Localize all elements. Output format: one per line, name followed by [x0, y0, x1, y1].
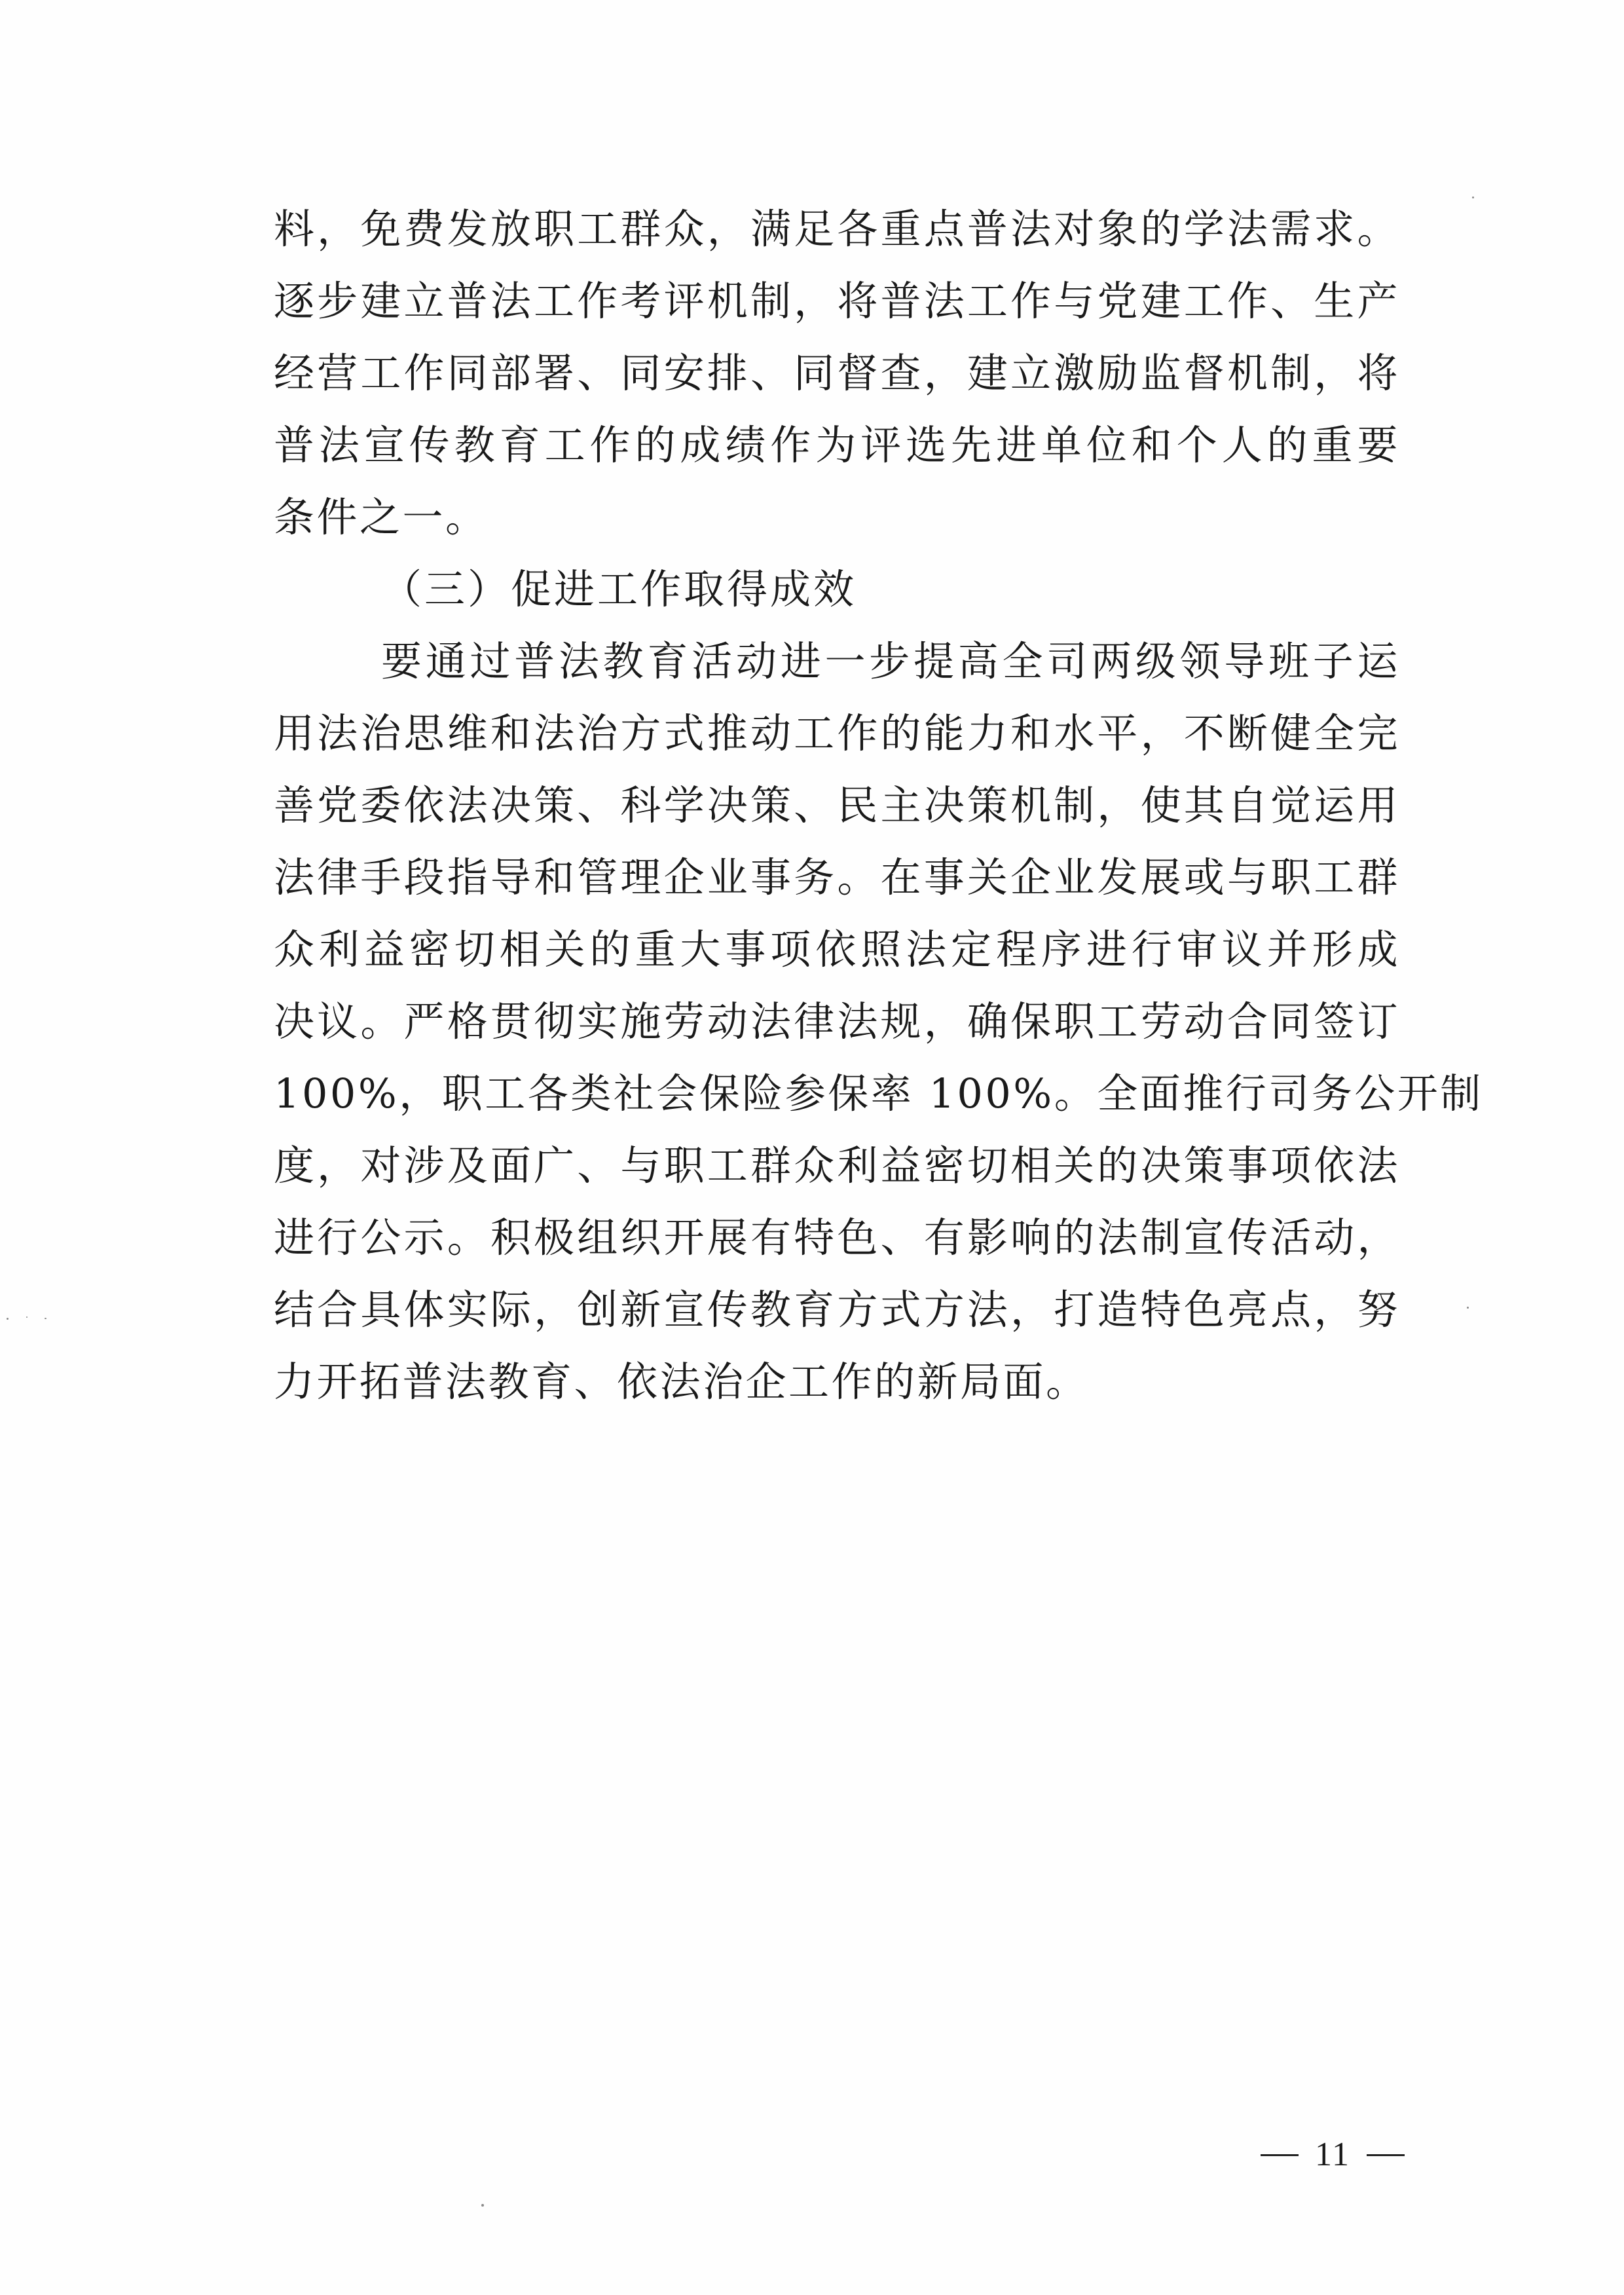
scan-speck — [1467, 1307, 1469, 1309]
paragraph-line: 条件之一。 — [274, 481, 1400, 553]
paragraph-line: 善党委依法决策、科学决策、民主决策机制，使其自觉运用 — [274, 770, 1400, 842]
section-heading: （三）促进工作取得成效 — [274, 553, 1400, 625]
scan-speck — [45, 1318, 46, 1319]
paragraph-line: 逐步建立普法工作考评机制，将普法工作与党建工作、生产 — [274, 265, 1400, 337]
paragraph-line: 力开拓普法教育、依法治企工作的新局面。 — [274, 1346, 1400, 1418]
page-number: 11 — [1261, 2132, 1405, 2178]
scan-speck — [1472, 196, 1474, 198]
paragraph-line: 100%，职工各类社会保险参保率 100%。全面推行司务公开制 — [274, 1058, 1400, 1130]
paragraph-line: 经营工作同部署、同安排、同督查，建立激励监督机制，将 — [274, 337, 1400, 409]
scan-speck — [7, 1318, 9, 1320]
dash-right — [1367, 2154, 1405, 2156]
scan-speck — [26, 1316, 28, 1318]
paragraph-line: 进行公示。积极组织开展有特色、有影响的法制宣传活动， — [274, 1202, 1400, 1274]
paragraph-line: 普法宣传教育工作的成绩作为评选先进单位和个人的重要 — [274, 409, 1400, 481]
page-number-value: 11 — [1315, 2132, 1350, 2178]
dash-left — [1261, 2154, 1299, 2156]
paragraph-line: 决议。严格贯彻实施劳动法律法规，确保职工劳动合同签订 — [274, 986, 1400, 1058]
paragraph-line: 用法治思维和法治方式推动工作的能力和水平，不断健全完 — [274, 698, 1400, 770]
paragraph-line: 众利益密切相关的重大事项依照法定程序进行审议并形成 — [274, 914, 1400, 986]
paragraph-line: 要通过普法教育活动进一步提高全司两级领导班子运 — [274, 625, 1400, 698]
scan-speck — [481, 2204, 484, 2207]
paragraph-line: 度，对涉及面广、与职工群众利益密切相关的决策事项依法 — [274, 1130, 1400, 1202]
paragraph-line: 法律手段指导和管理企业事务。在事关企业发展或与职工群 — [274, 842, 1400, 914]
paragraph-line: 料，免费发放职工群众，满足各重点普法对象的学法需求。 — [274, 193, 1400, 265]
paragraph-line: 结合具体实际，创新宣传教育方式方法，打造特色亮点，努 — [274, 1274, 1400, 1346]
body-text: 料，免费发放职工群众，满足各重点普法对象的学法需求。 逐步建立普法工作考评机制，… — [274, 193, 1400, 1418]
document-page: 料，免费发放职工群众，满足各重点普法对象的学法需求。 逐步建立普法工作考评机制，… — [0, 0, 1624, 2295]
